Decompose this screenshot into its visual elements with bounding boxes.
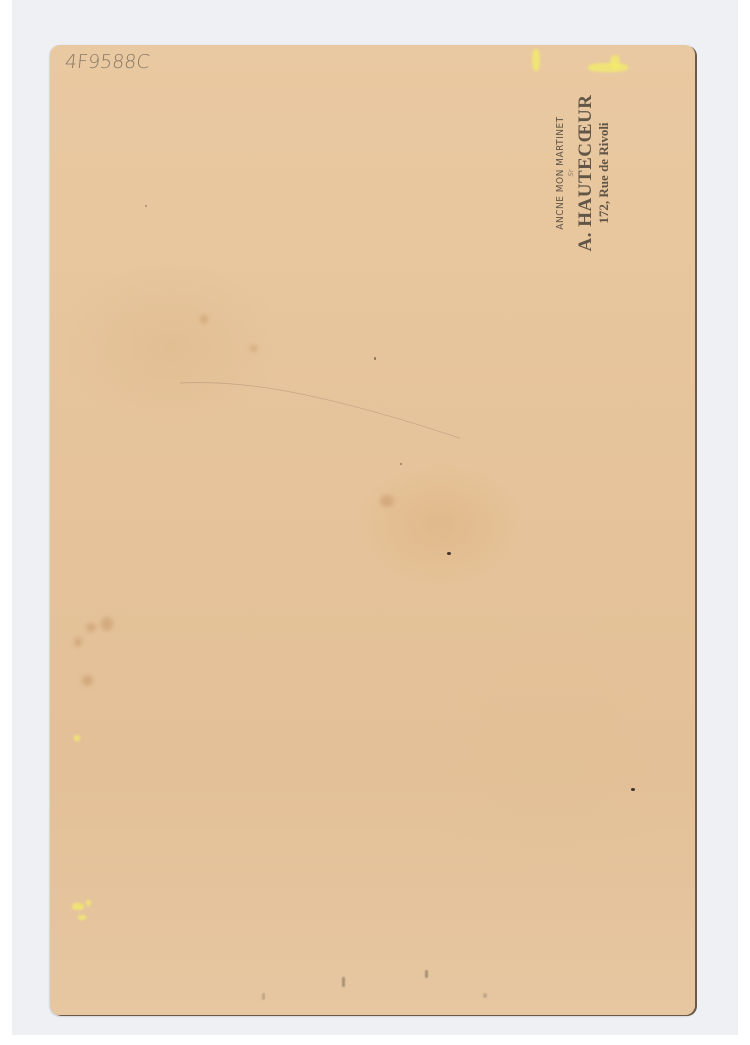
tape-residue-mark [610, 55, 620, 69]
tape-residue-mark [532, 49, 540, 71]
edge-dent [425, 970, 428, 978]
scratch-line [180, 380, 460, 440]
foxing-spot [86, 623, 96, 632]
stamp-successor: Sr [567, 73, 575, 273]
handwritten-inventory-id: 4F9588C [64, 51, 151, 73]
tape-residue-mark [74, 735, 80, 741]
foxing-spot [101, 617, 113, 631]
stamp-former-studio: ANCNE MON MARTINET [555, 73, 567, 273]
edge-dent [262, 993, 265, 1000]
foxing-spot [74, 637, 82, 647]
dirt-speck [631, 788, 635, 791]
tape-residue-mark [78, 915, 86, 920]
foxing-spot [250, 345, 257, 352]
foxing-spot [380, 495, 394, 507]
edge-dent [483, 993, 487, 998]
edge-dent [342, 977, 345, 987]
dirt-speck [447, 552, 451, 555]
stamp-photographer-name: A. HAUTECŒUR [575, 73, 596, 273]
tape-residue-mark [72, 903, 84, 910]
dirt-speck [374, 357, 376, 360]
tape-residue-mark [588, 63, 628, 72]
dirt-speck [145, 205, 147, 207]
photo-card-back: 4F9588C ANCNE MON MARTINET Sr A. HAUTECŒ… [50, 45, 695, 1015]
tape-residue-mark [86, 900, 91, 906]
photographer-stamp: ANCNE MON MARTINET Sr A. HAUTECŒUR 172, … [550, 65, 640, 280]
dirt-speck [400, 463, 402, 465]
foxing-spot [82, 675, 93, 686]
foxing-spot [200, 315, 208, 323]
stamp-address: 172, Rue de Rivoli [596, 73, 611, 273]
